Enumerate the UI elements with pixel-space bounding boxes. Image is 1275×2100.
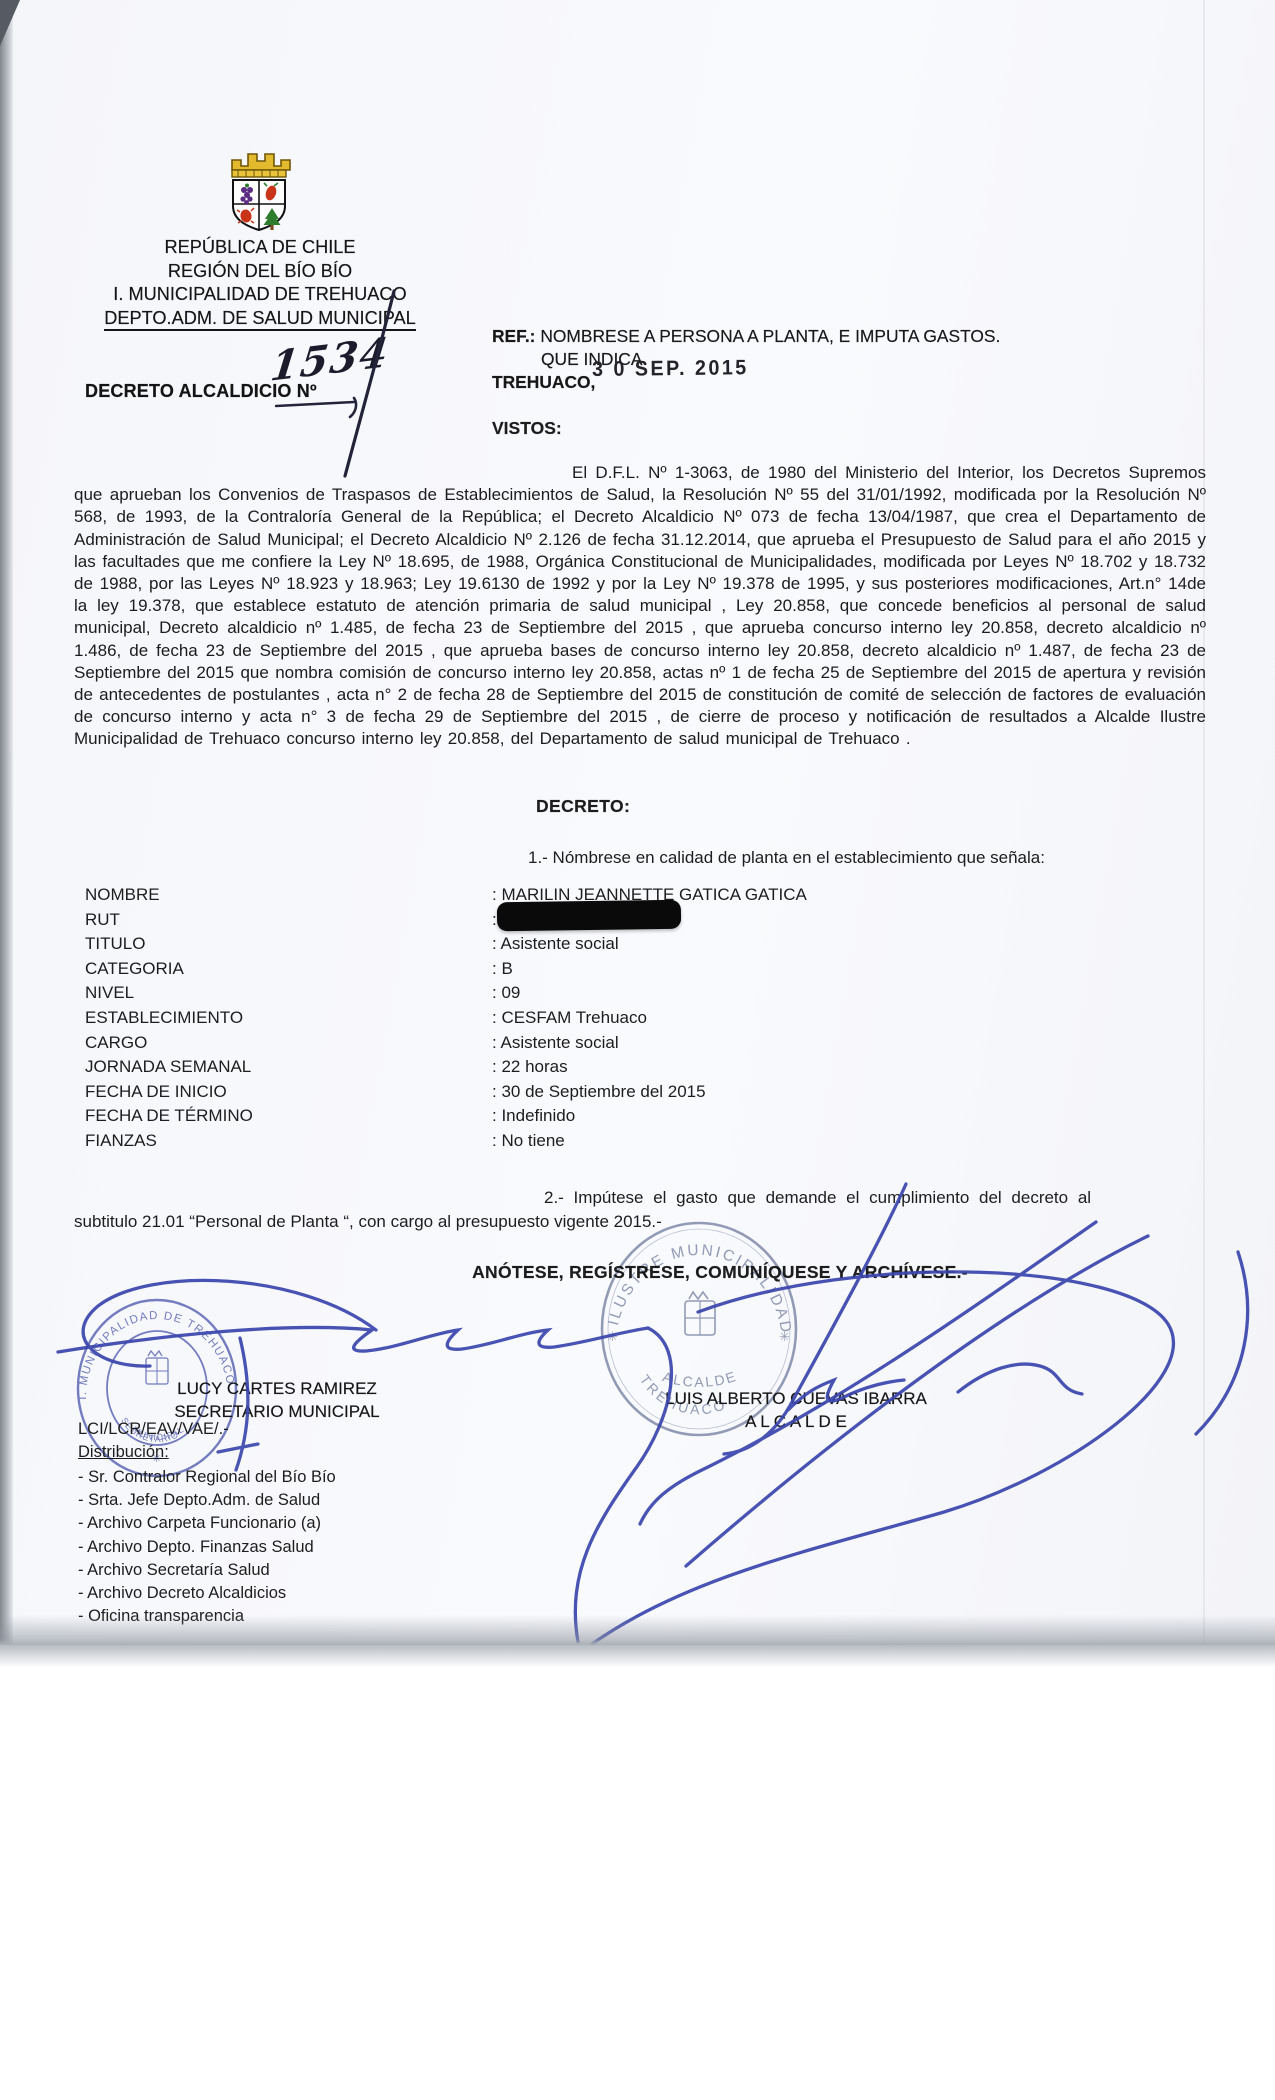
mayor-signature-block: LUIS ALBERTO CUEVAS IBARRA A L C A L D E bbox=[631, 1387, 961, 1433]
field-value: : No tiene bbox=[492, 1129, 1185, 1154]
ref-label: REF.: bbox=[492, 326, 535, 346]
field-value: : Asistente social bbox=[492, 1031, 1185, 1056]
scan-left-edge bbox=[0, 0, 13, 1645]
field-label: NOMBRE bbox=[85, 883, 492, 908]
distribution-heading: Distribución: bbox=[78, 1443, 169, 1462]
decree-number-handwritten: 1534 bbox=[268, 328, 392, 391]
scan-bottom-shadow bbox=[0, 1615, 1275, 1645]
ref-place: TREHUACO, bbox=[492, 371, 1152, 394]
table-row: NIVEL: 09 bbox=[85, 981, 1185, 1006]
vistos-paragraph: El D.F.L. Nº 1-3063, de 1980 del Ministe… bbox=[74, 462, 1206, 751]
field-value: : 09 bbox=[492, 981, 1185, 1006]
scan-crease bbox=[1203, 0, 1205, 1645]
field-label: ESTABLECIMIENTO bbox=[85, 1006, 492, 1031]
field-label: JORNADA SEMANAL bbox=[85, 1055, 492, 1080]
field-value: : CESFAM Trehuaco bbox=[492, 1006, 1185, 1031]
decreto-item2-line1: 2.- Impútese el gasto que demande el cum… bbox=[544, 1186, 1210, 1210]
list-item: - Archivo Decreto Alcaldicios bbox=[78, 1582, 336, 1605]
field-label: CATEGORIA bbox=[85, 957, 492, 982]
scan-corner-artifact bbox=[0, 0, 20, 46]
letterhead-line: I. MUNICIPALIDAD DE TREHUACO bbox=[62, 283, 458, 307]
field-value: : 30 de Septiembre del 2015 bbox=[492, 1080, 1185, 1105]
vistos-label: VISTOS: bbox=[492, 418, 562, 439]
secretary-signature-block: LUCY CARTES RAMIREZ SECRETARIO MUNICIPAL bbox=[132, 1377, 422, 1423]
field-value: : B bbox=[492, 957, 1185, 982]
list-item: - Srta. Jefe Depto.Adm. de Salud bbox=[78, 1489, 336, 1512]
ref-block: REF.: NOMBRESE A PERSONA A PLANTA, E IMP… bbox=[492, 325, 1152, 394]
initials-line: LCI/LCR/EAV/VAE/.- bbox=[78, 1420, 229, 1439]
field-label: FIANZAS bbox=[85, 1129, 492, 1154]
scanned-decree-page: { "colors": { "ink_blue": "#3a45ad", "st… bbox=[0, 0, 1275, 2100]
field-label: FECHA DE INICIO bbox=[85, 1080, 492, 1105]
field-label: NIVEL bbox=[85, 981, 492, 1006]
table-row: FECHA DE INICIO: 30 de Septiembre del 20… bbox=[85, 1080, 1185, 1105]
table-row: JORNADA SEMANAL: 22 horas bbox=[85, 1055, 1185, 1080]
letterhead-line: REPÚBLICA DE CHILE bbox=[62, 236, 458, 260]
stamp-star-icon: ✳ bbox=[779, 1329, 790, 1344]
decreto-heading: DECRETO: bbox=[536, 796, 630, 817]
table-row: TITULO: Asistente social bbox=[85, 932, 1185, 957]
document-scan: REPÚBLICA DE CHILE REGIÓN DEL BÍO BÍO I.… bbox=[0, 0, 1275, 1645]
letterhead-line-underlined: DEPTO.ADM. DE SALUD MUNICIPAL bbox=[62, 307, 458, 331]
field-value: : Indefinido bbox=[492, 1104, 1185, 1129]
table-row: ESTABLECIMIENTO: CESFAM Trehuaco bbox=[85, 1006, 1185, 1031]
field-label: CARGO bbox=[85, 1031, 492, 1056]
mayor-title: A L C A L D E bbox=[631, 1410, 961, 1433]
decreto-item1: 1.- Nómbrese en calidad de planta en el … bbox=[528, 848, 1045, 868]
field-value: : 22 horas bbox=[492, 1055, 1185, 1080]
list-item: - Sr. Contralor Regional del Bío Bío bbox=[78, 1466, 336, 1489]
list-item: - Archivo Depto. Finanzas Salud bbox=[78, 1536, 336, 1559]
date-stamp: 3 0 SEP. 2015 bbox=[592, 356, 749, 382]
letterhead-line: REGIÓN DEL BÍO BÍO bbox=[62, 260, 458, 284]
distribution-list: - Sr. Contralor Regional del Bío Bío - S… bbox=[78, 1466, 336, 1628]
table-row: CATEGORIA: B bbox=[85, 957, 1185, 982]
field-label: RUT bbox=[85, 908, 492, 933]
field-label: TITULO bbox=[85, 932, 492, 957]
field-label: FECHA DE TÉRMINO bbox=[85, 1104, 492, 1129]
letterhead: REPÚBLICA DE CHILE REGIÓN DEL BÍO BÍO I.… bbox=[62, 236, 458, 330]
secretary-name: LUCY CARTES RAMIREZ bbox=[132, 1377, 422, 1400]
table-row: FIANZAS: No tiene bbox=[85, 1129, 1185, 1154]
scan-bottom-fade bbox=[0, 1645, 1275, 1667]
rut-redaction-bar bbox=[497, 900, 681, 932]
ref-line1: REF.: NOMBRESE A PERSONA A PLANTA, E IMP… bbox=[492, 325, 1152, 348]
table-row: FECHA DE TÉRMINO: Indefinido bbox=[85, 1104, 1185, 1129]
chile-municipal-coat-of-arms-icon bbox=[220, 140, 298, 240]
field-value: : Asistente social bbox=[492, 932, 1185, 957]
stamp-star-icon: ✳ bbox=[607, 1329, 618, 1344]
table-row: CARGO: Asistente social bbox=[85, 1031, 1185, 1056]
mayor-name: LUIS ALBERTO CUEVAS IBARRA bbox=[631, 1387, 961, 1410]
list-item: - Archivo Carpeta Funcionario (a) bbox=[78, 1512, 336, 1535]
list-item: - Archivo Secretaría Salud bbox=[78, 1559, 336, 1582]
